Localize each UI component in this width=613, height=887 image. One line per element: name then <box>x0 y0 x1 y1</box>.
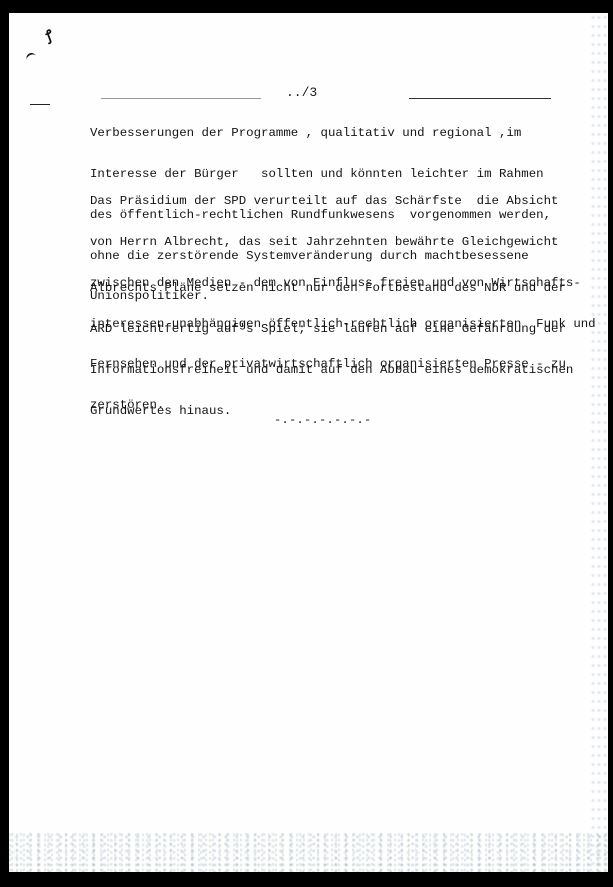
text-line: von Herrn Albrecht, das seit Jahrzehnten… <box>90 236 596 250</box>
header-rule-left <box>101 98 261 99</box>
text-line: Informationsfreiheit und damit auf den A… <box>90 364 573 378</box>
text-line: Albrechts Pläne setzen nicht nur den For… <box>90 282 573 296</box>
scanned-page: ꝭ ../3 Verbesserungen der Programme , qu… <box>9 13 608 872</box>
text-line: ARD leichtfertig auf's Spiel; sie laufen… <box>90 323 573 337</box>
text-line: Das Präsidium der SPD verurteilt auf das… <box>90 195 596 209</box>
end-separator: -.-.-.-.-.-.- <box>274 413 372 427</box>
scan-noise-bottom <box>9 832 608 872</box>
scan-noise-right <box>590 13 608 872</box>
handwritten-mark: ꝭ <box>43 25 56 45</box>
text-line: Verbesserungen der Programme , qualitati… <box>90 127 551 141</box>
header-rule-right <box>409 98 551 99</box>
margin-dash-mark <box>30 104 50 105</box>
pen-stroke-mark <box>25 51 37 62</box>
page-reference: ../3 <box>286 85 317 100</box>
